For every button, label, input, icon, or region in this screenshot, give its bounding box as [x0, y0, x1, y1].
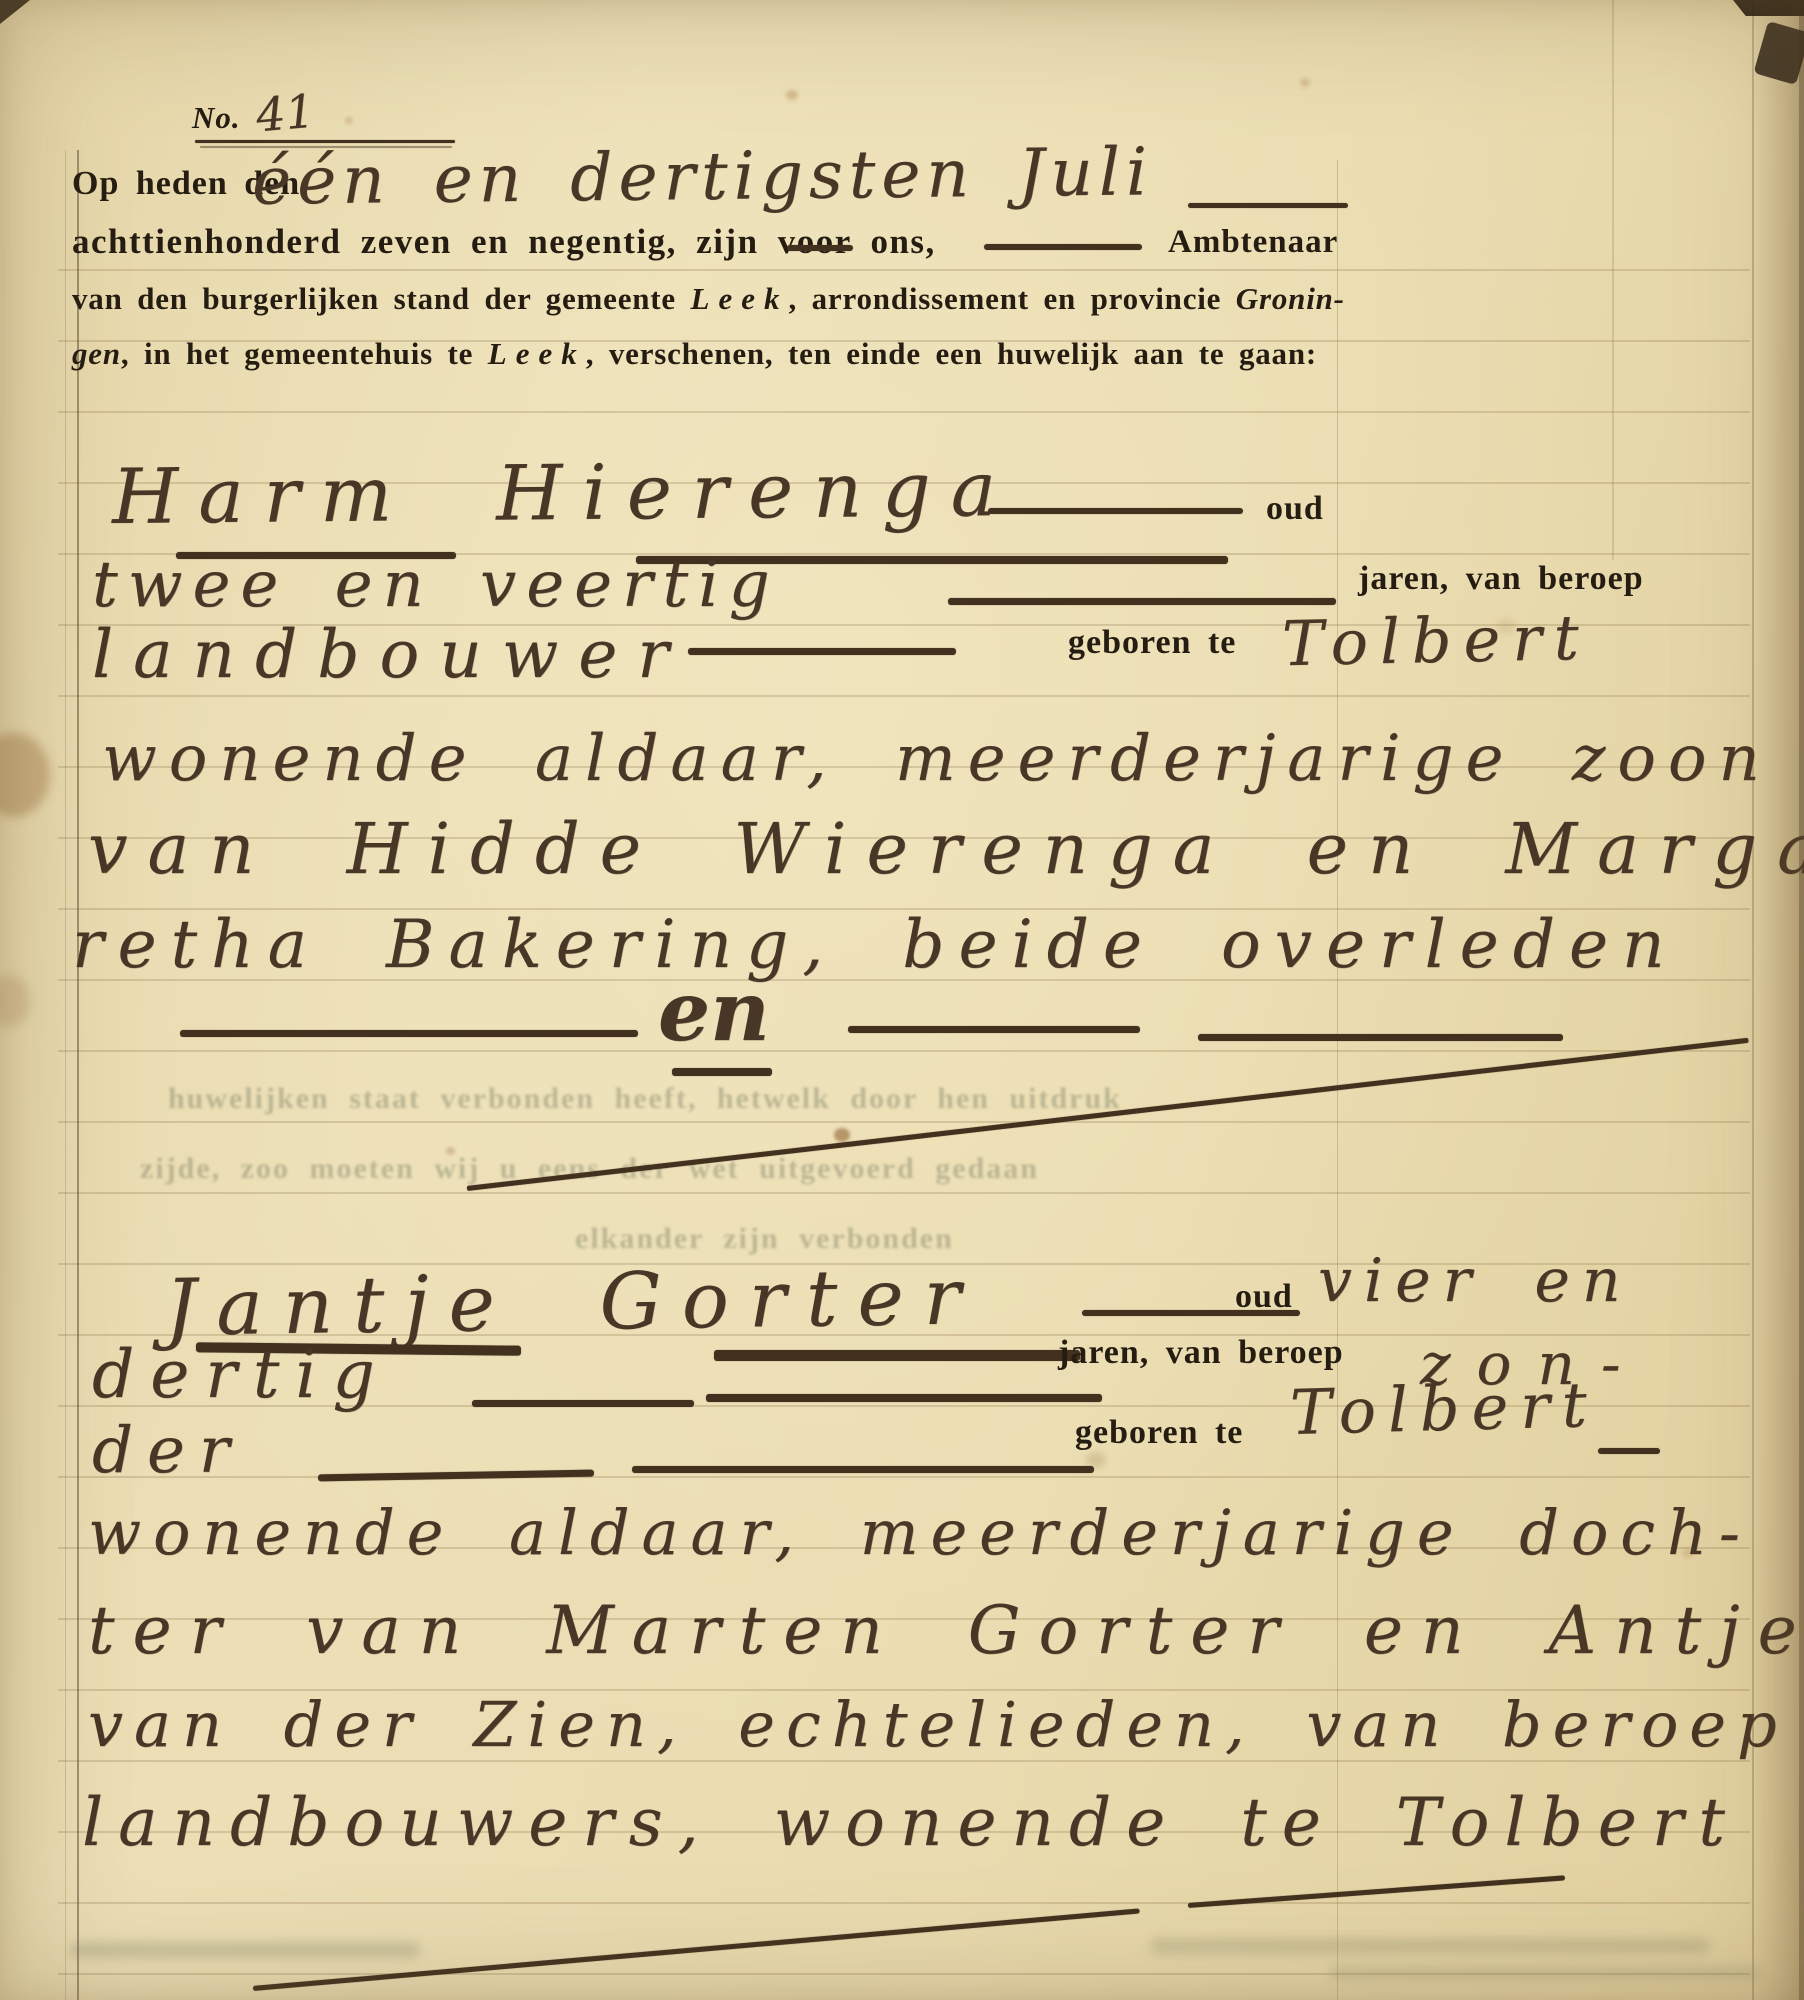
- top-right-corner-band: [1733, 0, 1804, 16]
- province-name: Gronin-: [1236, 281, 1345, 316]
- filler-stroke: [787, 245, 853, 251]
- right-edge-dark-sliver: [1799, 0, 1804, 2000]
- crossout-diagonal-stroke: [253, 1908, 1140, 1991]
- filler-stroke: [180, 1030, 638, 1037]
- municipality-name: Leek: [488, 336, 586, 371]
- oud-label: oud: [1235, 1278, 1293, 1316]
- bleedthrough-smear: [1330, 1966, 1760, 1980]
- jaren-label: jaren, van beroep: [1058, 1334, 1344, 1372]
- bleedthrough-text: elkander zijn verbonden: [575, 1222, 954, 1256]
- bleedthrough-smear: [70, 1942, 420, 1958]
- bride-age-part1-handwritten: vier en: [1318, 1246, 1633, 1316]
- filler-stroke: [472, 1400, 694, 1407]
- bleedthrough-smear: [1150, 1938, 1710, 1954]
- foxing-spot: [345, 117, 353, 124]
- groom-age-handwritten: twee en veertig: [92, 548, 780, 622]
- groom-residence-handwritten: wonende aldaar, meerderjarige zoon: [102, 722, 1772, 796]
- bleedthrough-text: zijde, zoo moeten wij u eens der wet uit…: [140, 1152, 1039, 1186]
- registry-1a: van den burgerlijken stand der gemeente: [72, 281, 676, 316]
- document-number-value: 41: [254, 84, 317, 143]
- connector-underline: [672, 1068, 772, 1076]
- groom-birthplace-handwritten: Tolbert: [1281, 601, 1591, 680]
- stain: [0, 733, 50, 817]
- bride-parents-line2-handwritten: van der Zien, echtelieden, van beroep: [88, 1688, 1788, 1761]
- filler-stroke: [1198, 1034, 1563, 1041]
- groom-name-handwritten: Harm Hierenga: [112, 444, 1017, 541]
- jaren-label: jaren, van beroep: [1358, 560, 1644, 598]
- top-left-corner-mark: [0, 0, 30, 24]
- bride-residence-handwritten: wonende aldaar, meerderjarige doch-: [88, 1496, 1752, 1569]
- filler-stroke: [848, 1026, 1140, 1033]
- document-number-label: No.: [192, 100, 241, 136]
- year-line: achttienhonderd zeven en negentig, zijn …: [72, 222, 936, 262]
- foxing-spot: [1300, 78, 1310, 87]
- foxing-spot: [786, 90, 798, 100]
- bride-occupation-part2-handwritten: der: [92, 1414, 243, 1488]
- foxing-spot: [834, 1128, 850, 1142]
- paper-crease-line: [1612, 0, 1614, 560]
- province-name-continued: gen: [72, 336, 121, 371]
- bride-birthplace-handwritten: Tolbert: [1289, 1368, 1599, 1449]
- birthplace-trailing-dash: [1598, 1448, 1660, 1454]
- connector-word-handwritten: en: [658, 964, 770, 1060]
- filler-stroke: [688, 648, 956, 655]
- filler-stroke: [318, 1470, 594, 1482]
- filler-stroke: [988, 508, 1243, 514]
- registry-2b: , in het gemeentehuis te: [121, 336, 473, 371]
- groom-parents-line2-handwritten: retha Bakering, beide overleden: [72, 906, 1679, 983]
- registry-line-2: gen, in het gemeentehuis te Leek, versch…: [72, 336, 1317, 372]
- bride-parents-line3-handwritten: landbouwers, wonende te Tolbert: [82, 1784, 1740, 1861]
- geboren-label: geboren te: [1075, 1414, 1243, 1452]
- filler-stroke: [1188, 203, 1348, 208]
- filler-stroke: [706, 1394, 1102, 1402]
- left-margin-rule-faint: [65, 150, 66, 2000]
- bride-age-part2-handwritten: dertig: [92, 1336, 391, 1413]
- groom-occupation-handwritten: landbouwer: [92, 616, 689, 693]
- bleedthrough-text: huwelijken staat verbonden heeft, hetwel…: [168, 1082, 1122, 1116]
- official-title: Ambtenaar: [1168, 224, 1338, 261]
- municipality-name: Leek: [691, 281, 789, 316]
- bride-parents-line1-handwritten: ter van Marten Gorter en Antje: [88, 1592, 1804, 1669]
- registry-line-1: van den burgerlijken stand der gemeente …: [72, 281, 1345, 317]
- geboren-label: geboren te: [1068, 624, 1236, 662]
- crossout-diagonal-stroke: [1188, 1875, 1565, 1908]
- registry-2c: , verschenen, ten einde een huwelijk aan…: [586, 336, 1317, 371]
- filler-stroke: [632, 1466, 1094, 1473]
- filler-stroke: [984, 244, 1142, 250]
- top-right-corner-blob: [1753, 21, 1804, 85]
- marriage-certificate-scan: No. 41 Op heden den één en dertigsten Ju…: [0, 0, 1804, 2000]
- registry-1b: , arrondissement en provincie: [789, 281, 1222, 316]
- left-margin-rule: [77, 150, 79, 2000]
- groom-parents-line1-handwritten: van Hidde Wierenga en Marga-: [88, 808, 1804, 890]
- stain: [0, 975, 30, 1027]
- oud-label: oud: [1266, 490, 1324, 528]
- name-underline: [714, 1350, 1080, 1361]
- filler-stroke: [948, 598, 1336, 605]
- date-handwritten: één en dertigsten Juli: [252, 133, 1154, 219]
